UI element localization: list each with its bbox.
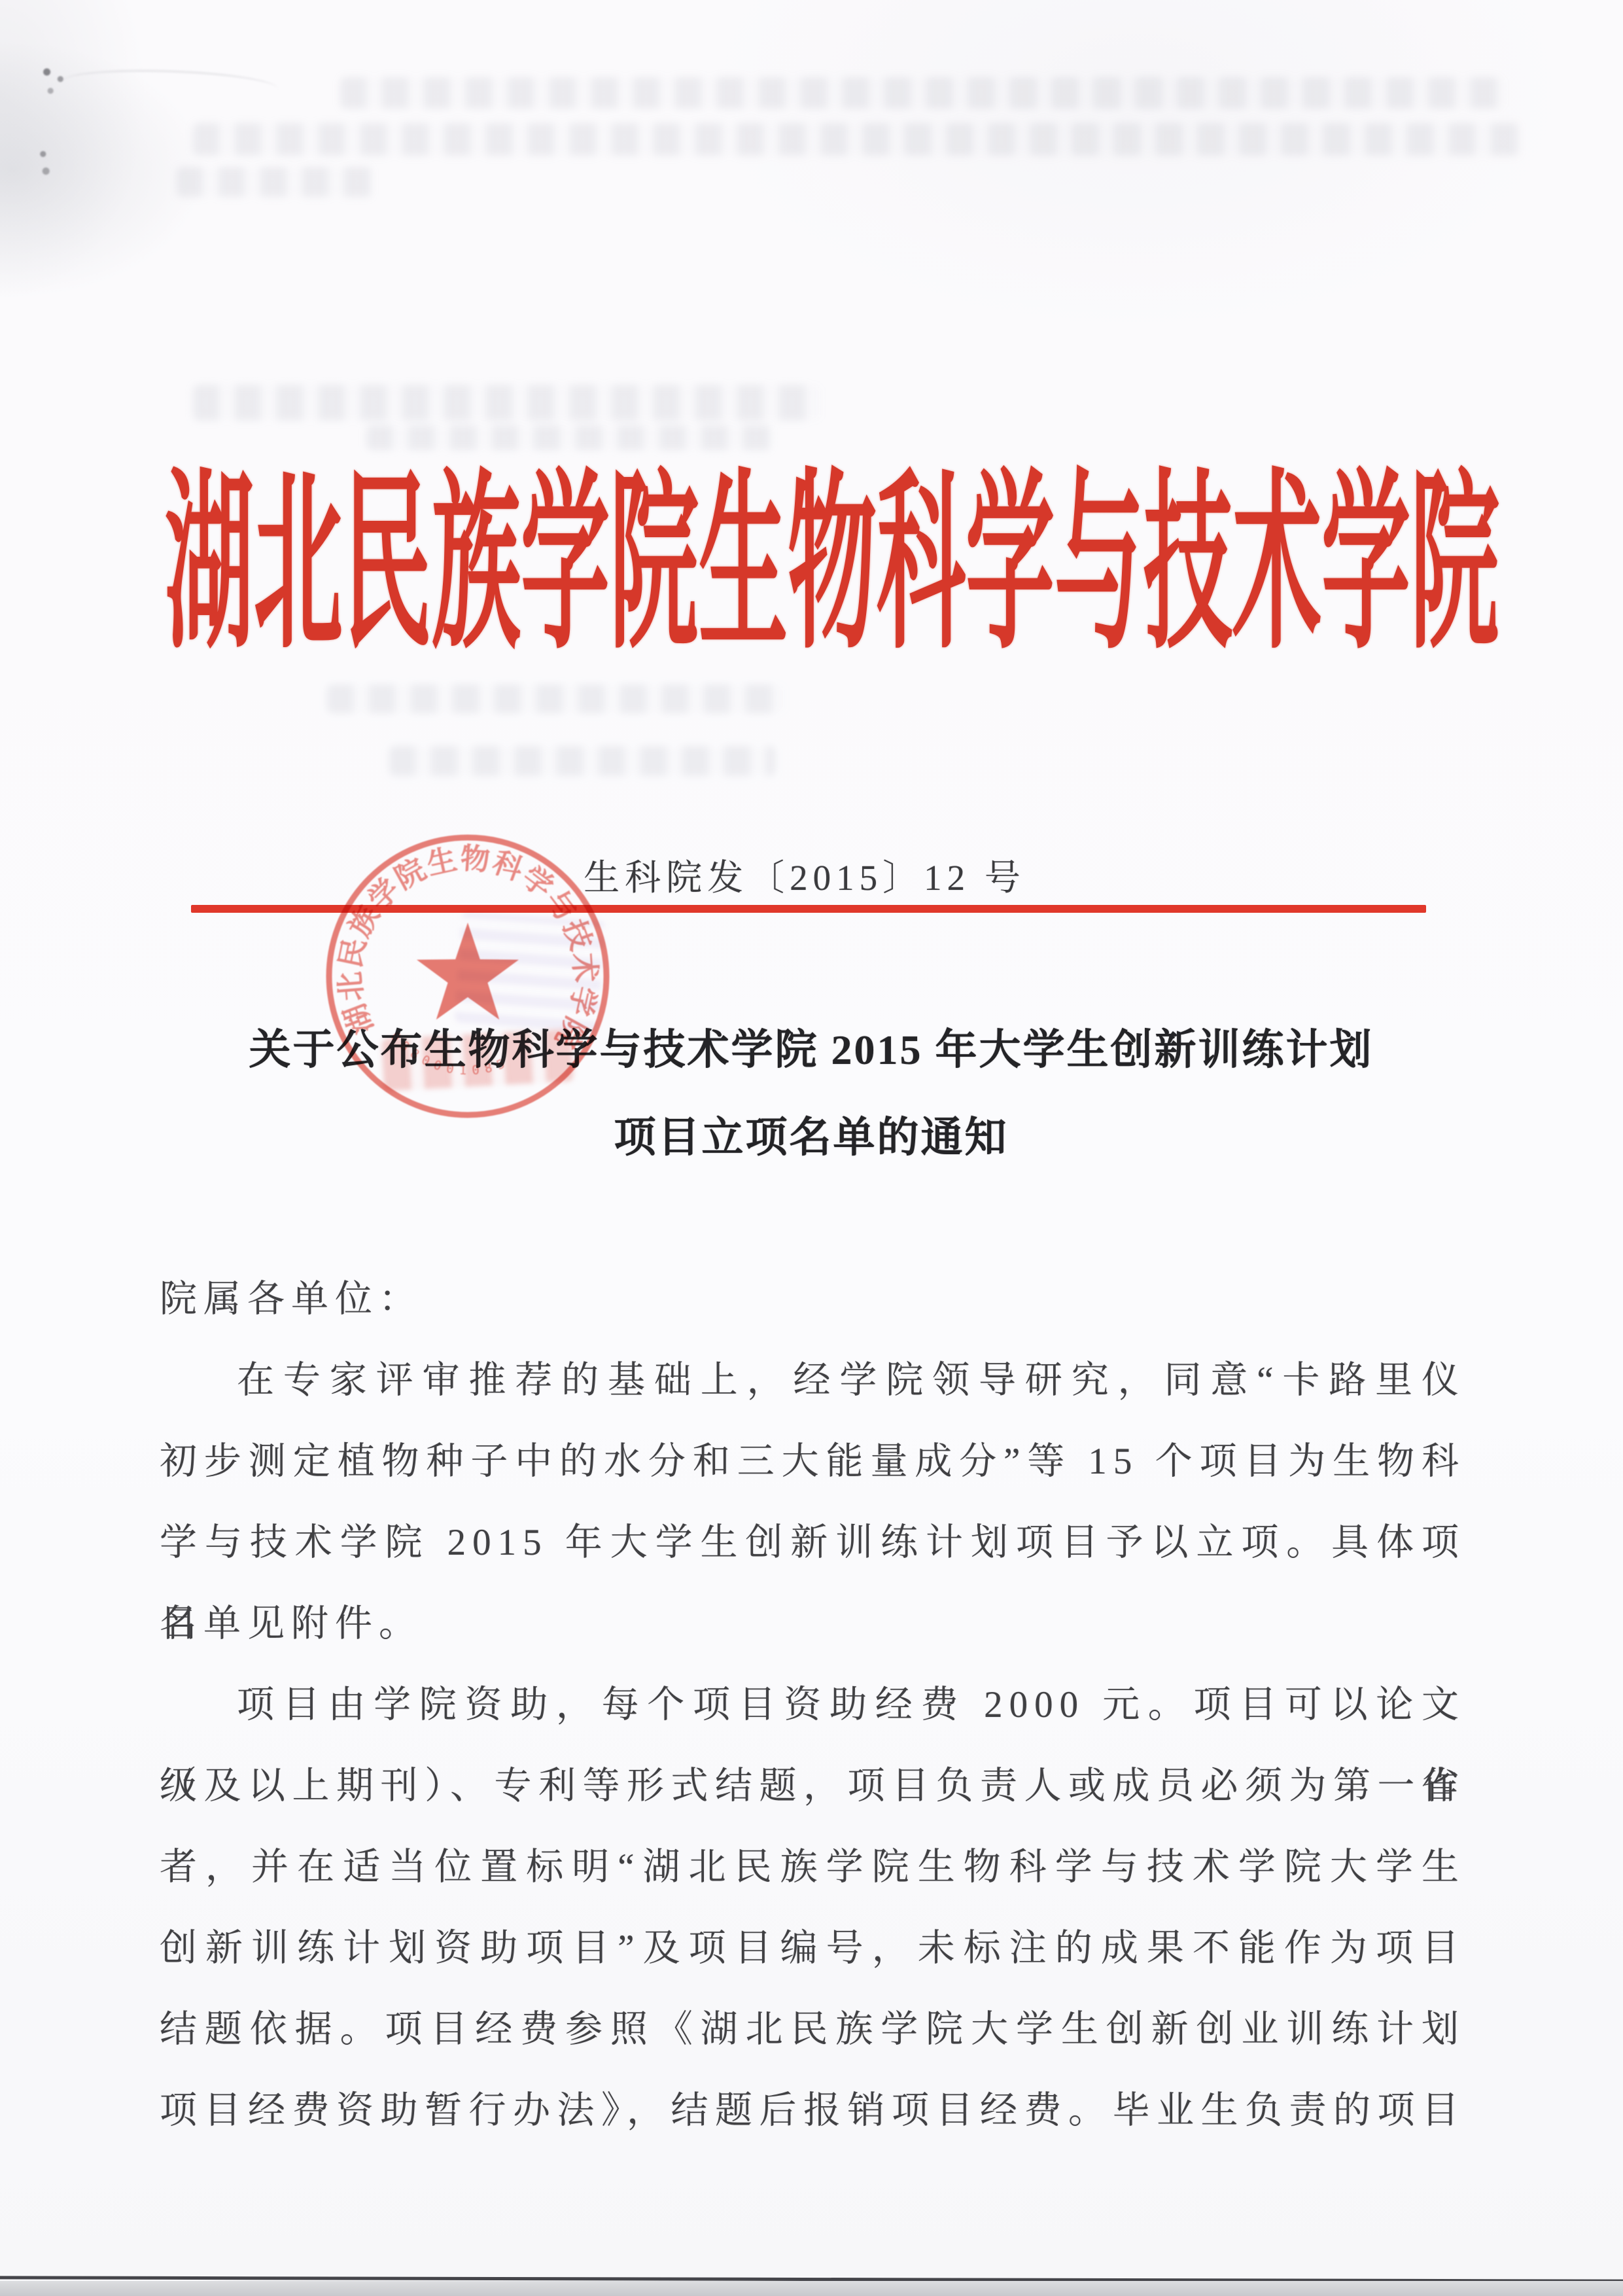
masthead-char: 术 bbox=[1232, 467, 1321, 665]
masthead-char: 生 bbox=[699, 467, 788, 665]
masthead-char: 与 bbox=[1055, 467, 1143, 665]
masthead-char: 北 bbox=[254, 467, 343, 665]
body-line: 创新训练计划资助项目”及项目编号，未标注的成果不能作为项目 bbox=[160, 1908, 1465, 1989]
notice-title: 关于公布生物科学与技术学院 2015 年大学生创新训练计划 项目立项名单的通知 bbox=[79, 1006, 1544, 1182]
official-seal-stamp: 湖北民族学院生物科学与技术学院 0880001085 bbox=[318, 824, 619, 1139]
masthead-char: 学 bbox=[521, 467, 610, 665]
body-line: 级及以上期刊）、专利等形式结题，项目负责人或成员必须为第一作 bbox=[160, 1746, 1465, 1827]
masthead-char: 院 bbox=[610, 467, 699, 665]
bleedthrough-row bbox=[340, 77, 1505, 109]
bleedthrough-row bbox=[327, 684, 785, 713]
masthead-title: 湖北民族学院生物科学与技术学院 bbox=[165, 467, 1460, 665]
seal-star-icon bbox=[417, 923, 519, 1019]
body-line: 结题依据。项目经费参照《湖北民族学院大学生创新创业训练计划 bbox=[160, 1989, 1465, 2070]
scanned-document-page: 湖北民族学院生物科学与技术学院 生科院发〔2015〕12 号 关于公布生物科学与… bbox=[0, 0, 1623, 2296]
masthead-char: 物 bbox=[788, 467, 877, 665]
body-line: 名单见附件。 bbox=[160, 1583, 1465, 1665]
body-text: 院属各单位：在专家评审推荐的基础上，经学院领导研究，同意“卡路里仪初步测定植物种… bbox=[160, 1259, 1465, 2151]
bleedthrough-row bbox=[193, 385, 821, 421]
seal-serial-text: 0880001085 bbox=[388, 1029, 512, 1078]
body-line: 项目由学院资助，每个项目资助经费 2000 元。项目可以论文（省 bbox=[160, 1665, 1465, 1746]
body-line: 在专家评审推荐的基础上，经学院领导研究，同意“卡路里仪 bbox=[160, 1340, 1465, 1421]
masthead-char: 学 bbox=[1321, 467, 1410, 665]
doc-number: 生科院发〔2015〕12 号 bbox=[0, 849, 1609, 900]
body-line: 项目经费资助暂行办法》，结题后报销项目经费。毕业生负责的项目 bbox=[160, 2070, 1465, 2151]
staple-mark bbox=[30, 143, 59, 181]
bleedthrough-row bbox=[177, 167, 373, 197]
masthead-char: 院 bbox=[1410, 467, 1499, 665]
body-line: 学与技术学院 2015 年大学生创新训练计划项目予以立项。具体项目 bbox=[160, 1502, 1465, 1583]
masthead-char: 湖 bbox=[165, 467, 254, 665]
masthead-char: 科 bbox=[877, 467, 966, 665]
body-line: 院属各单位： bbox=[160, 1259, 1465, 1340]
masthead-char: 学 bbox=[966, 467, 1055, 665]
masthead-char: 技 bbox=[1143, 467, 1232, 665]
notice-title-line1: 关于公布生物科学与技术学院 2015 年大学生创新训练计划 bbox=[79, 1006, 1544, 1094]
bleedthrough-row bbox=[193, 123, 1521, 156]
body-line: 者，并在适当位置标明“湖北民族学院生物科学与技术学院大学生 bbox=[160, 1827, 1465, 1908]
masthead-char: 民 bbox=[343, 467, 432, 665]
masthead-char: 族 bbox=[432, 467, 521, 665]
scanner-background-strip bbox=[0, 2281, 1623, 2296]
bleedthrough-row bbox=[366, 425, 772, 450]
notice-title-line2: 项目立项名单的通知 bbox=[79, 1094, 1544, 1182]
bleedthrough-row bbox=[389, 746, 775, 776]
body-line: 初步测定植物种子中的水分和三大能量成分”等 15 个项目为生物科 bbox=[160, 1421, 1465, 1502]
paper-crease bbox=[61, 67, 278, 103]
